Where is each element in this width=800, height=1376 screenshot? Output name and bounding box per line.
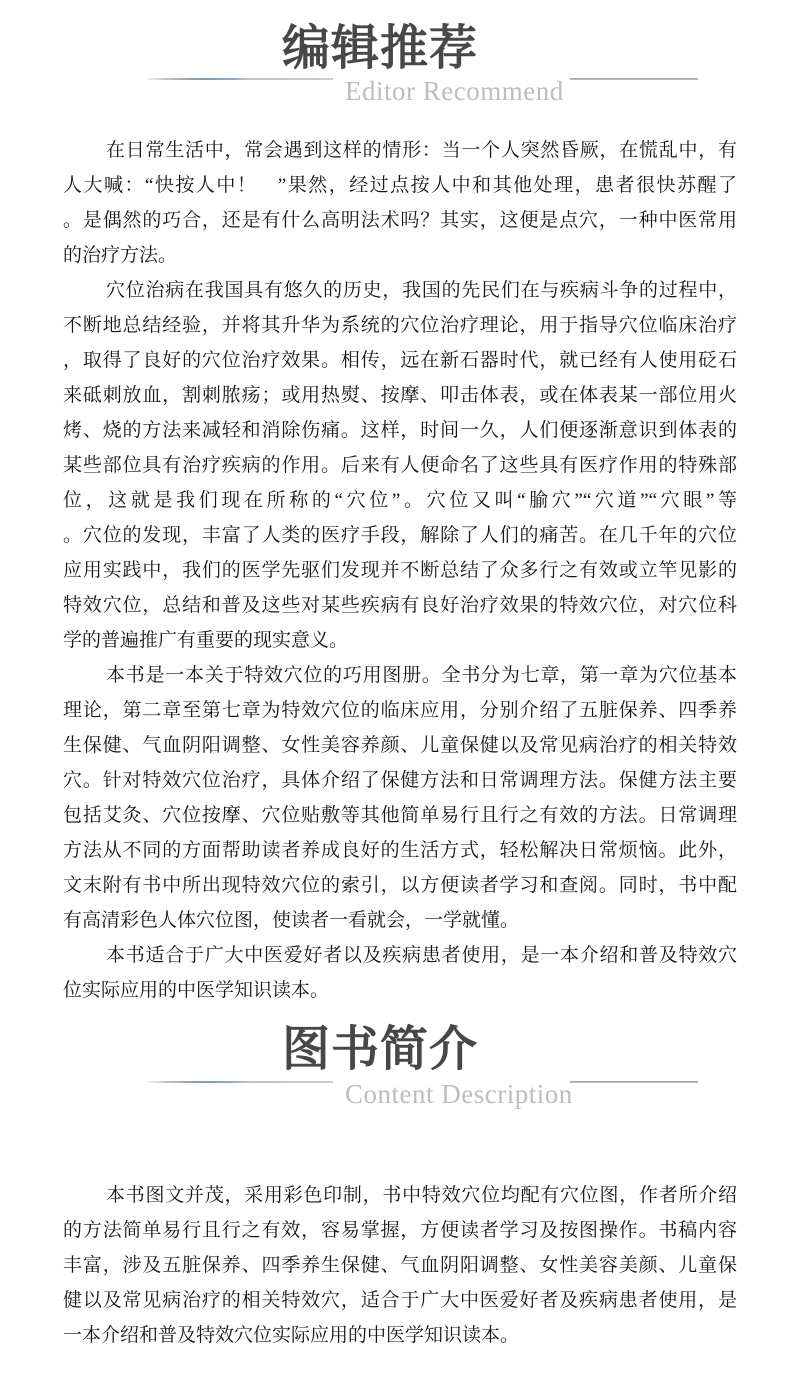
text-line: 人大喊：“快按人中！ ”果然，经过点按人中和其他处理，患者很快苏醒了 (63, 168, 737, 203)
text-line: 来砥刺放血，割刺脓疡；或用热熨、按摩、叩击体表，或在体表某一部位用火 (63, 378, 737, 413)
text-line: 本书是一本关于特效穴位的巧用图册。全书分为七章，第一章为穴位基本 (63, 658, 737, 693)
text-line: 学的普遍推广有重要的现实意义。 (63, 623, 737, 658)
deco-line-left (148, 1081, 333, 1083)
header-decoration: Content Description (0, 1079, 800, 1109)
section-header-editor-recommend: 编辑推荐 Editor Recommend (0, 0, 800, 106)
text-line: 位实际应用的中医学知识读本。 (63, 973, 737, 1008)
text-line: ，取得了良好的穴位治疗效果。相传，远在新石器时代，就已经有人使用砭石 (63, 343, 737, 378)
text-line: 穴位治病在我国具有悠久的历史，我国的先民们在与疾病斗争的过程中， (63, 273, 737, 308)
section-title-en: Editor Recommend (345, 76, 564, 106)
editor-recommend-text: 在日常生活中，常会遇到这样的情形：当一个人突然昏厥，在慌乱中，有人大喊：“快按人… (63, 133, 737, 1008)
text-line: 位，这就是我们现在所称的“穴位”。穴位又叫“腧穴”“穴道”“穴眼”等 (63, 483, 737, 518)
text-line: 丰富，涉及五脏保养、四季养生保健、气血阴阳调整、女性美容美颜、儿童保 (63, 1248, 737, 1283)
text-line: 穴。针对特效穴位治疗，具体介绍了保健方法和日常调理方法。保健方法主要 (63, 763, 737, 798)
paragraph: 穴位治病在我国具有悠久的历史，我国的先民们在与疾病斗争的过程中，不断地总结经验，… (63, 273, 737, 658)
text-line: 某些部位具有治疗疾病的作用。后来有人便命名了这些具有医疗作用的特殊部 (63, 448, 737, 483)
text-line: 本书适合于广大中医爱好者以及疾病患者使用，是一本介绍和普及特效穴 (63, 938, 737, 973)
paragraph: 在日常生活中，常会遇到这样的情形：当一个人突然昏厥，在慌乱中，有人大喊：“快按人… (63, 133, 737, 273)
text-line: 。穴位的发现，丰富了人类的医疗手段，解除了人们的痛苦。在几千年的穴位 (63, 518, 737, 553)
deco-line-right (570, 78, 698, 80)
paragraph: 本书图文并茂，采用彩色印制，书中特效穴位均配有穴位图，作者所介绍的方法简单易行且… (63, 1178, 737, 1353)
text-line: 包括艾灸、穴位按摩、穴位贴敷等其他简单易行且行之有效的方法。日常调理 (63, 798, 737, 833)
text-line: 在日常生活中，常会遇到这样的情形：当一个人突然昏厥，在慌乱中，有 (63, 133, 737, 168)
section-title-cn: 编辑推荐 (0, 24, 800, 74)
deco-line-right (570, 1081, 698, 1083)
section-title-cn: 图书简介 (0, 1025, 800, 1075)
book-description-page: 编辑推荐 Editor Recommend 在日常生活中，常会遇到这样的情形：当… (0, 0, 800, 1376)
text-line: 有高清彩色人体穴位图，使读者一看就会，一学就懂。 (63, 903, 737, 938)
text-line: 烤、烧的方法来减轻和消除伤痛。这样，时间一久，人们便逐渐意识到体表的 (63, 413, 737, 448)
text-line: 的治疗方法。 (63, 238, 737, 273)
text-line: 本书图文并茂，采用彩色印制，书中特效穴位均配有穴位图，作者所介绍 (63, 1178, 737, 1213)
text-line: 文末附有书中所出现特效穴位的索引，以方便读者学习和查阅。同时，书中配 (63, 868, 737, 903)
text-line: 的方法简单易行且行之有效，容易掌握，方便读者学习及按图操作。书稿内容 (63, 1213, 737, 1248)
text-line: 特效穴位，总结和普及这些对某些疾病有良好治疗效果的特效穴位，对穴位科 (63, 588, 737, 623)
section-header-content-description: 图书简介 Content Description (0, 1025, 800, 1109)
text-line: 一本介绍和普及特效穴位实际应用的中医学知识读本。 (63, 1318, 737, 1353)
paragraph: 本书是一本关于特效穴位的巧用图册。全书分为七章，第一章为穴位基本理论，第二章至第… (63, 658, 737, 938)
section-title-en: Content Description (345, 1079, 573, 1109)
text-line: 。是偶然的巧合，还是有什么高明法术吗？其实，这便是点穴，一种中医常用 (63, 203, 737, 238)
header-decoration: Editor Recommend (0, 76, 800, 106)
text-line: 方法从不同的方面帮助读者养成良好的生活方式，轻松解决日常烦恼。此外， (63, 833, 737, 868)
deco-line-left (148, 78, 333, 80)
text-line: 理论，第二章至第七章为特效穴位的临床应用，分别介绍了五脏保养、四季养 (63, 693, 737, 728)
text-line: 健以及常见病治疗的相关特效穴，适合于广大中医爱好者及疾病患者使用，是 (63, 1283, 737, 1318)
text-line: 应用实践中，我们的医学先驱们发现并不断总结了众多行之有效或立竿见影的 (63, 553, 737, 588)
text-line: 不断地总结经验，并将其升华为系统的穴位治疗理论，用于指导穴位临床治疗 (63, 308, 737, 343)
text-line: 生保健、气血阴阳调整、女性美容养颜、儿童保健以及常见病治疗的相关特效 (63, 728, 737, 763)
content-description-text: 本书图文并茂，采用彩色印制，书中特效穴位均配有穴位图，作者所介绍的方法简单易行且… (63, 1178, 737, 1376)
paragraph: 本书适合于广大中医爱好者以及疾病患者使用，是一本介绍和普及特效穴位实际应用的中医… (63, 938, 737, 1008)
